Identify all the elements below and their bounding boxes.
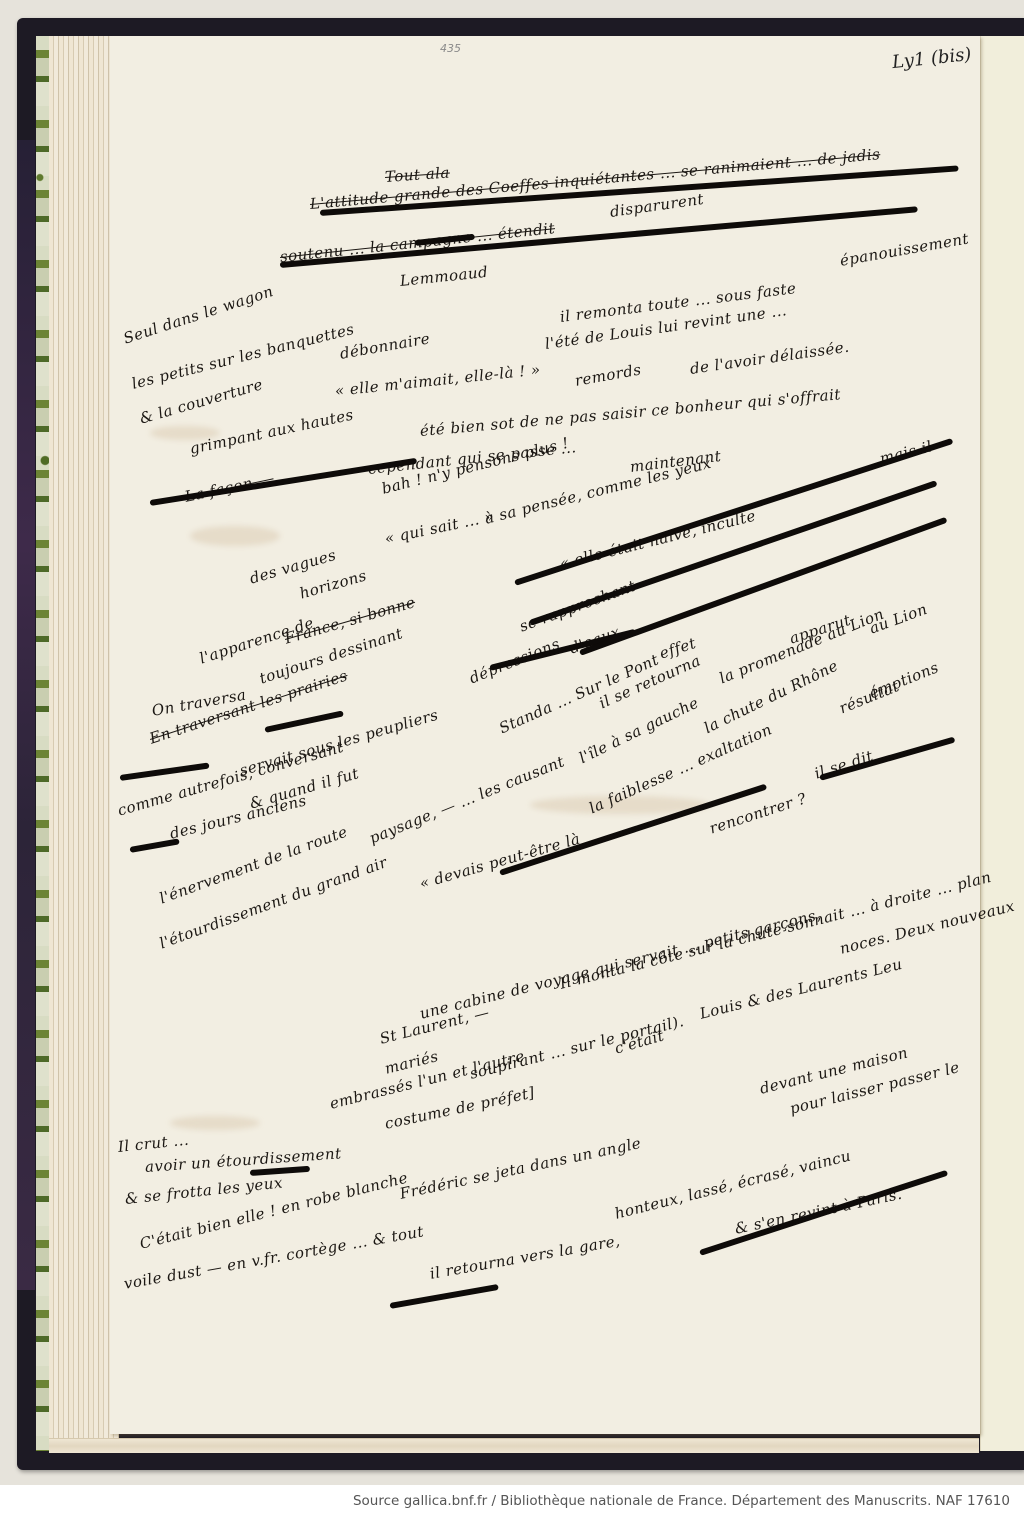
manuscript-line: épanouissement	[838, 229, 970, 269]
ink-strike-mark	[514, 438, 953, 586]
manuscript-page: 435 Ly1 (bis) Tout alaL'attitude grande …	[110, 36, 980, 1434]
facing-page-edge	[980, 36, 1024, 1451]
manuscript-line: Louis & des Laurents Leu	[698, 955, 904, 1023]
manuscript-line: de l'avoir délaissée.	[689, 338, 851, 378]
manuscript-line: horizons	[298, 566, 369, 602]
manuscript-line: « qui sait ... »	[383, 507, 496, 548]
manuscript-line: & se frotta les yeux	[124, 1173, 284, 1207]
footer-bar: Source gallica.bnf.fr / Bibliothèque nat…	[0, 1485, 1024, 1520]
ink-stain	[170, 1116, 260, 1130]
marbled-endpaper	[36, 36, 49, 1451]
manuscript-line: Il crut ...	[117, 1131, 190, 1156]
stacked-page-edges	[49, 36, 119, 1451]
folio-reference: Ly1 (bis)	[891, 44, 972, 73]
folio-pencil-number: 435	[440, 42, 461, 55]
ink-strike-mark	[489, 629, 636, 671]
manuscript-line: Seul dans le wagon	[121, 282, 275, 348]
scan-viewer: 435 Ly1 (bis) Tout alaL'attitude grande …	[0, 0, 1024, 1485]
manuscript-line: été bien sot de ne pas saisir ce bonheur…	[419, 385, 841, 440]
ink-strike-mark	[389, 1284, 498, 1309]
bottom-page-edges	[49, 1438, 979, 1453]
ink-strike-mark	[129, 838, 179, 853]
manuscript-line: émotions	[867, 658, 942, 702]
ink-strike-mark	[150, 458, 418, 506]
manuscript-line: Lemmoaud	[399, 263, 489, 290]
binding-spine-edge	[17, 140, 35, 1290]
manuscript-line: il retourna vers la gare,	[428, 1232, 621, 1283]
manuscript-line: à sa pensée, comme les yeux	[483, 454, 713, 528]
manuscript-line: remords	[573, 360, 642, 389]
manuscript-line: Frédéric se jeta dans un angle	[398, 1134, 643, 1203]
manuscript-line: l'étourdissement du grand air	[157, 853, 390, 952]
manuscript-line: « devais peut-être là	[418, 830, 583, 893]
source-credit: Source gallica.bnf.fr / Bibliothèque nat…	[353, 1493, 1010, 1509]
ink-strike-mark	[264, 710, 343, 733]
manuscript-line: paysage, — ... les causant	[367, 752, 568, 847]
manuscript-line: « elle m'aimait, elle-là ! »	[334, 360, 541, 399]
manuscript-line: l'île à sa gauche	[576, 694, 702, 768]
ink-stain	[190, 526, 280, 546]
